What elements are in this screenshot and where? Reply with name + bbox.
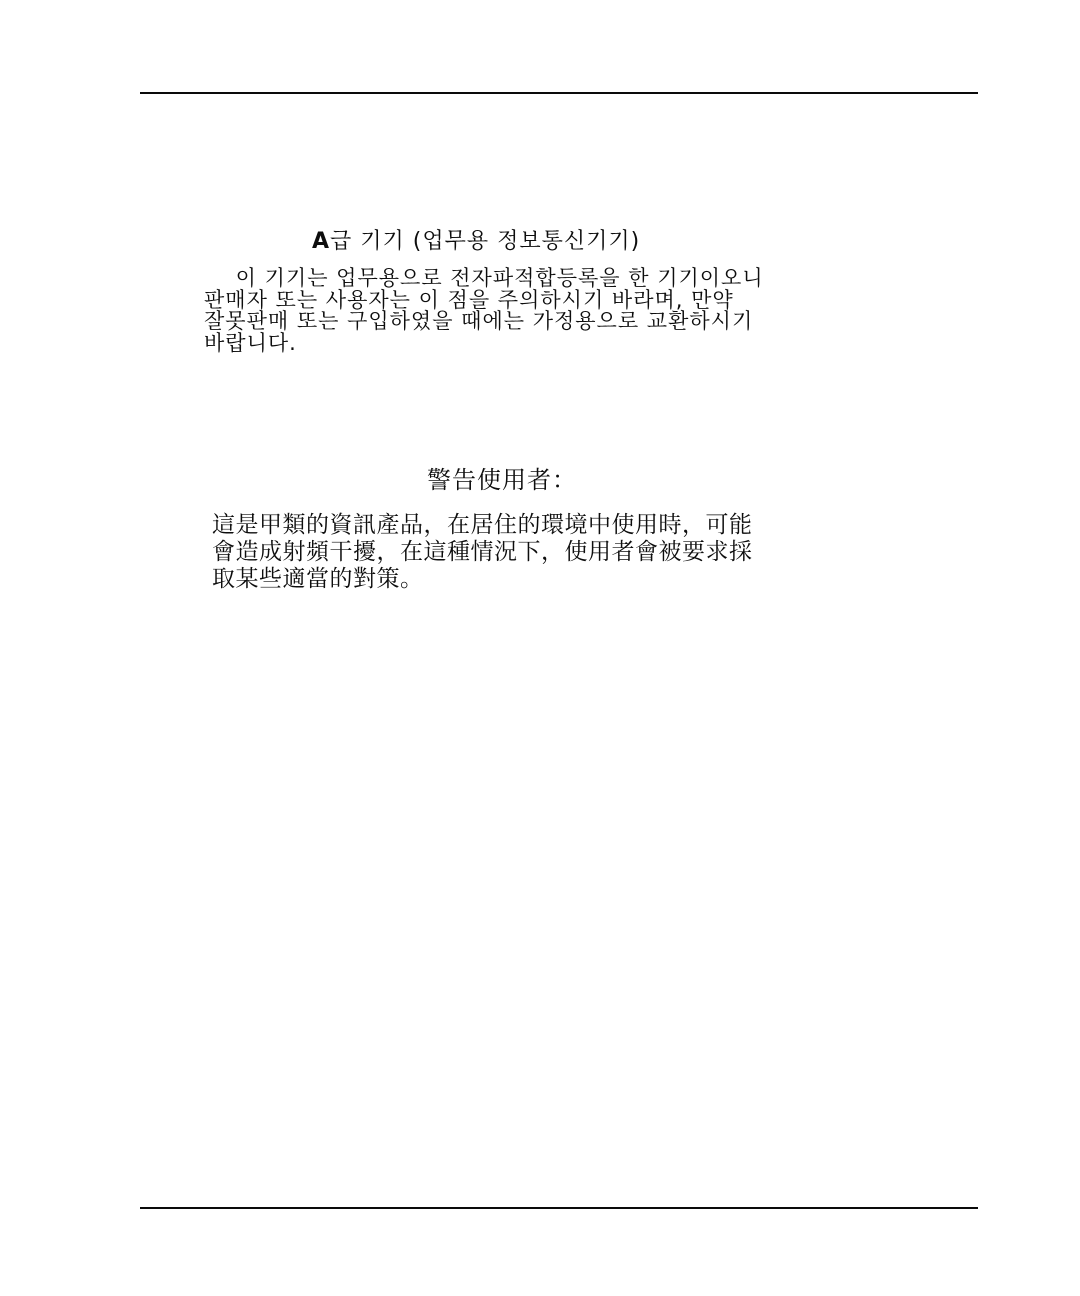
korean-body-line: 바랍니다.: [204, 333, 764, 355]
chinese-body-line: 取某些適當的對策。: [212, 566, 753, 593]
chinese-warning-body: 這是甲類的資訊產品，在居住的環境中使用時，可能 會造成射頻干擾，在這種情況下，使…: [212, 512, 753, 593]
korean-body-line: 판매자 또는 사용자는 이 점을 주의하시기 바라며, 만약: [204, 290, 764, 312]
korean-notice-body: 이 기기는 업무용으로 전자파적합등록을 한 기기이오니 판매자 또는 사용자는…: [204, 268, 764, 354]
bottom-margin-rule: [140, 1207, 978, 1209]
chinese-body-line: 這是甲類的資訊產品，在居住的環境中使用時，可能: [212, 512, 753, 539]
korean-body-line: 이 기기는 업무용으로 전자파적합등록을 한 기기이오니: [204, 268, 764, 290]
korean-heading-text: 급 기기 (업무용 정보통신기기): [330, 229, 640, 254]
document-page: A급 기기 (업무용 정보통신기기) 이 기기는 업무용으로 전자파적합등록을 …: [0, 0, 1080, 1296]
chinese-body-line: 會造成射頻干擾，在這種情況下，使用者會被要求採: [212, 539, 753, 566]
korean-heading-class-letter: A: [312, 229, 330, 254]
korean-body-line: 잘못판매 또는 구입하였을 때에는 가정용으로 교환하시기: [204, 311, 764, 333]
top-margin-rule: [140, 92, 978, 94]
chinese-warning-heading: 警告使用者：: [427, 460, 577, 495]
korean-notice-heading: A급 기기 (업무용 정보통신기기): [312, 224, 640, 255]
